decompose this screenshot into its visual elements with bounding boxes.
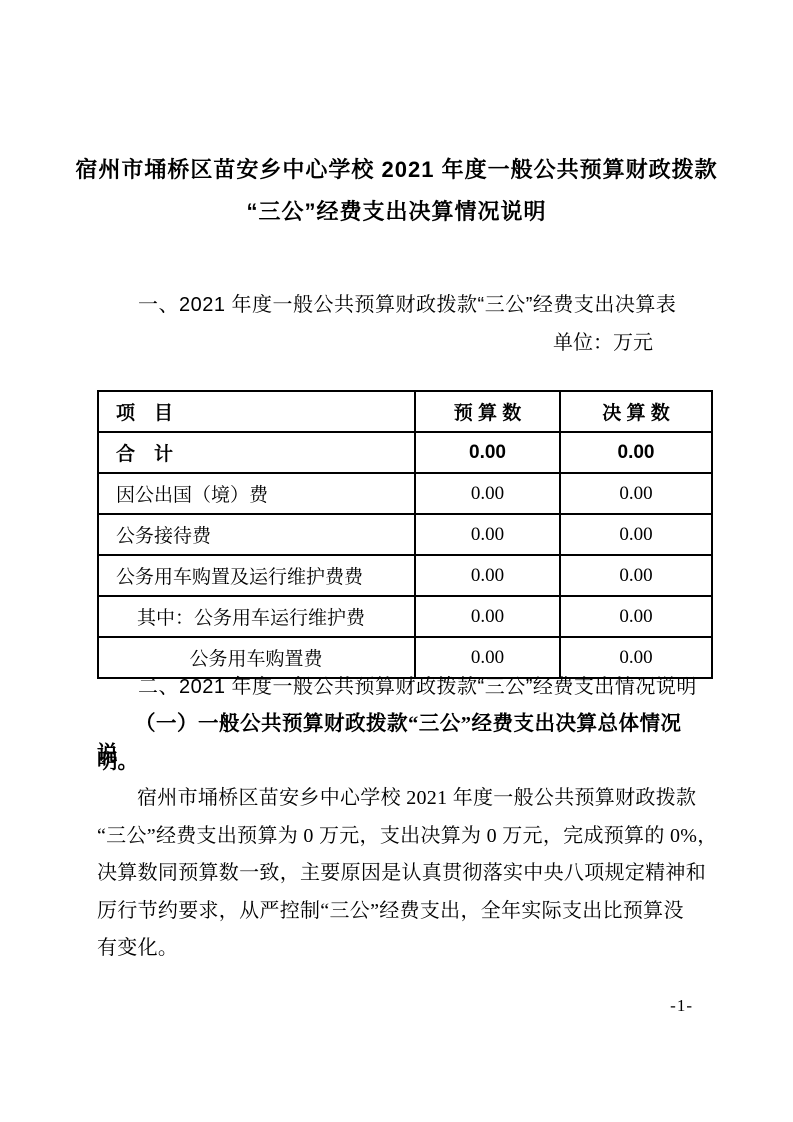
table-cell-final: 0.00 (560, 596, 712, 637)
paragraph-line: 决算数同预算数一致，主要原因是认真贯彻落实中央八项规定精神和 (97, 856, 697, 885)
table-cell-budget: 0.00 (415, 432, 560, 473)
table-cell-final: 0.00 (560, 514, 712, 555)
page-number: -1- (670, 996, 693, 1016)
budget-table: 项 目 预 算 数 决 算 数 合 计 0.00 0.00 因公出国（境）费 0… (97, 390, 713, 679)
section1-heading: 一、2021 年度一般公共预算财政拨款“三公”经费支出决算表 (138, 288, 676, 317)
table-cell-item: 公务接待费 (98, 514, 415, 555)
table-cell-item: 合 计 (98, 432, 415, 473)
table-cell-item: 其中：公务用车运行维护费 (98, 596, 415, 637)
table-cell-final: 0.00 (560, 555, 712, 596)
table-cell-budget: 0.00 (415, 555, 560, 596)
section2-subheading-line1: （一）一般公共预算财政拨款“三公”经费支出决算总体情况说 (97, 706, 697, 766)
table-row-abroad: 因公出国（境）费 0.00 0.00 (98, 473, 712, 514)
table-row-vehicle-total: 公务用车购置及运行维护费费 0.00 0.00 (98, 555, 712, 596)
table-header-row: 项 目 预 算 数 决 算 数 (98, 391, 712, 432)
table-cell-item: 公务用车购置及运行维护费费 (98, 555, 415, 596)
table-cell-budget: 0.00 (415, 473, 560, 514)
table-row-total: 合 计 0.00 0.00 (98, 432, 712, 473)
paragraph-line: 宿州市埇桥区苗安乡中心学校 2021 年度一般公共预算财政拨款 (97, 781, 697, 810)
table-row-reception: 公务接待费 0.00 0.00 (98, 514, 712, 555)
table-header-budget: 预 算 数 (415, 391, 560, 432)
table-cell-budget: 0.00 (415, 514, 560, 555)
table-header-item: 项 目 (98, 391, 415, 432)
document-title: 宿州市埇桥区苗安乡中心学校 2021 年度一般公共预算财政拨款 “三公”经费支出… (0, 149, 793, 233)
table-row-vehicle-maintenance: 其中：公务用车运行维护费 0.00 0.00 (98, 596, 712, 637)
paragraph-line: “三公”经费支出预算为 0 万元，支出决算为 0 万元，完成预算的 0%， (97, 819, 697, 848)
table-cell-budget: 0.00 (415, 596, 560, 637)
paragraph-line: 有变化。 (97, 931, 697, 960)
table-cell-final: 0.00 (560, 473, 712, 514)
table-cell-item: 因公出国（境）费 (98, 473, 415, 514)
section2-subheading-line2: 明。 (97, 744, 138, 774)
document-title-line1: 宿州市埇桥区苗安乡中心学校 2021 年度一般公共预算财政拨款 (0, 149, 793, 191)
paragraph-line: 厉行节约要求，从严控制“三公”经费支出，全年实际支出比预算没 (97, 894, 697, 923)
document-page: 宿州市埇桥区苗安乡中心学校 2021 年度一般公共预算财政拨款 “三公”经费支出… (0, 0, 793, 1122)
document-title-line2: “三公”经费支出决算情况说明 (0, 191, 793, 233)
table-header-final: 决 算 数 (560, 391, 712, 432)
section2-heading: 二、2021 年度一般公共预算财政拨款“三公”经费支出情况说明 (97, 670, 697, 699)
table-cell-final: 0.00 (560, 432, 712, 473)
unit-label: 单位：万元 (553, 326, 653, 355)
